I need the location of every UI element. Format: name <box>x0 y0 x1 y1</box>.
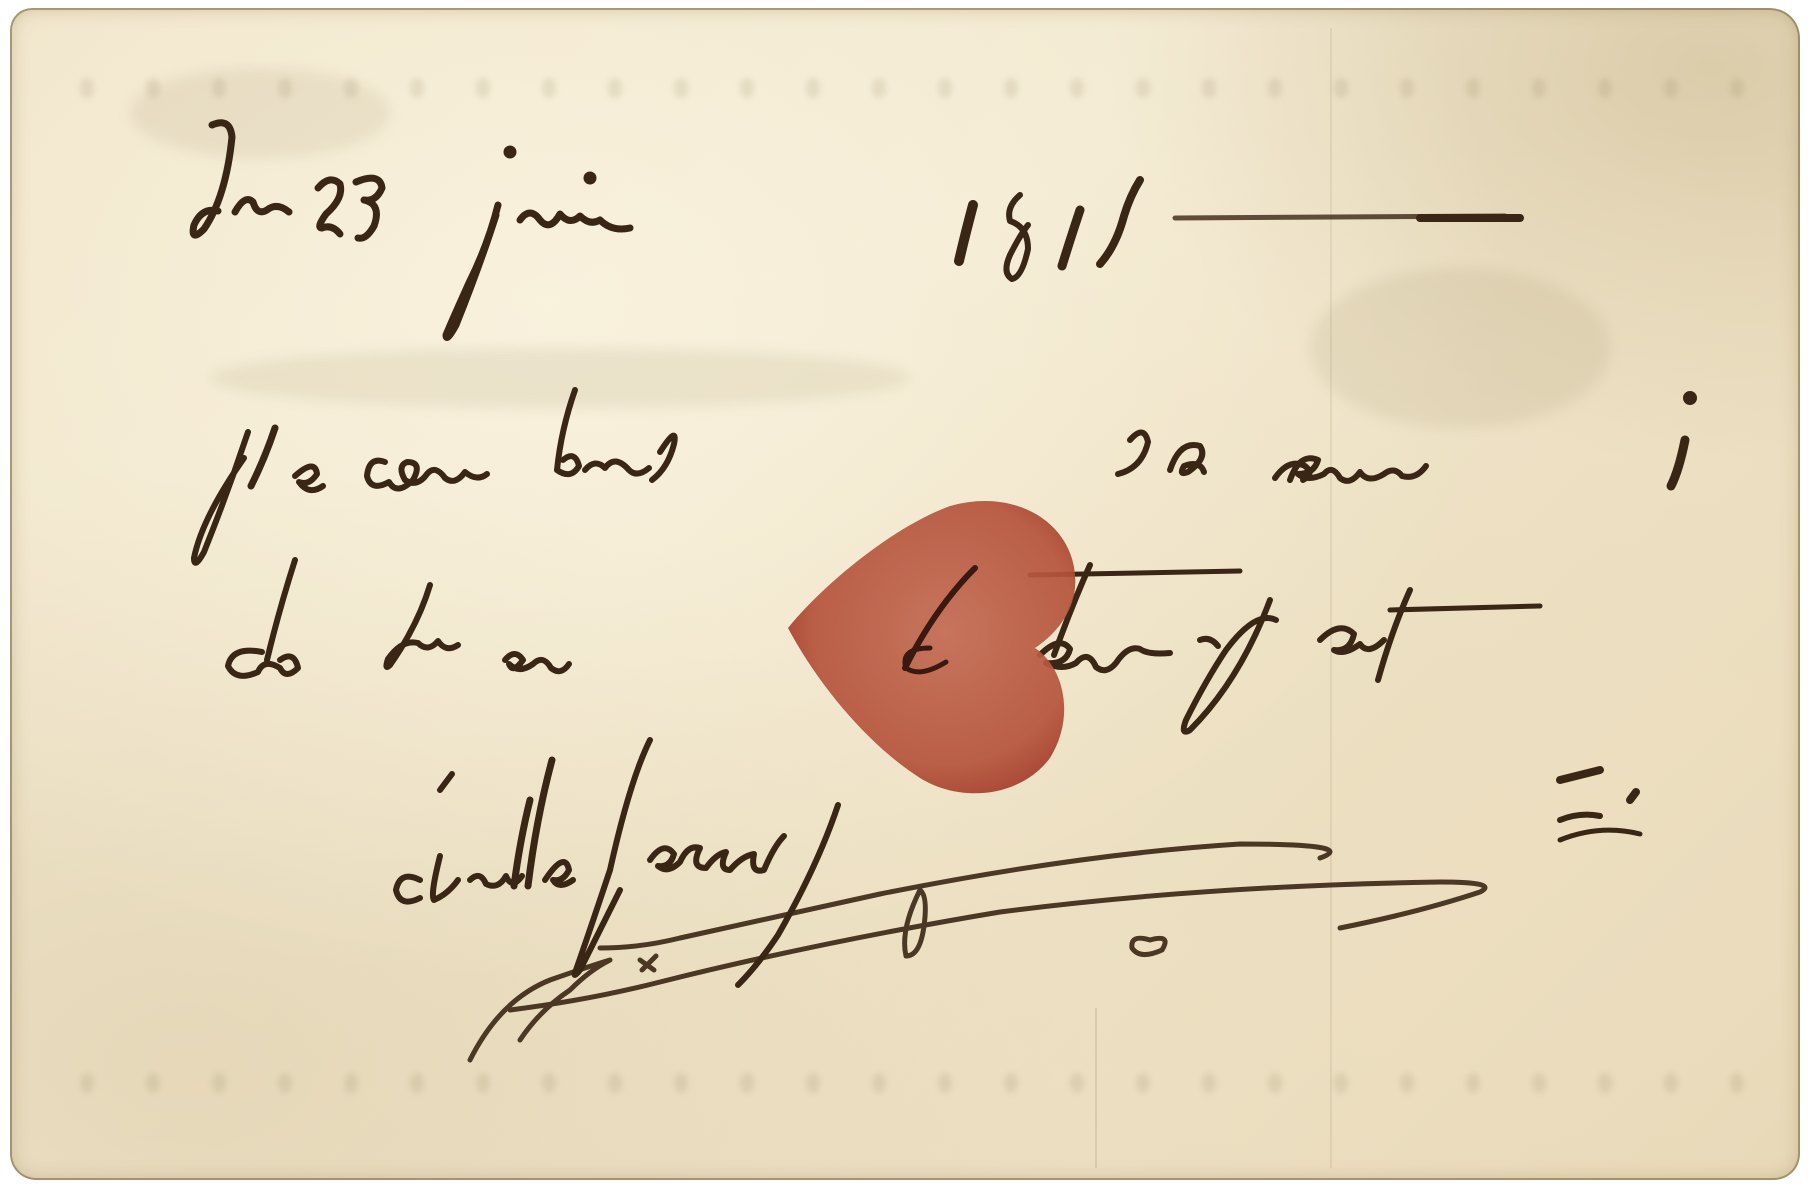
signature-flourish <box>470 844 1485 1060</box>
line-date <box>193 123 1520 338</box>
red-heart-icon <box>780 488 1080 808</box>
